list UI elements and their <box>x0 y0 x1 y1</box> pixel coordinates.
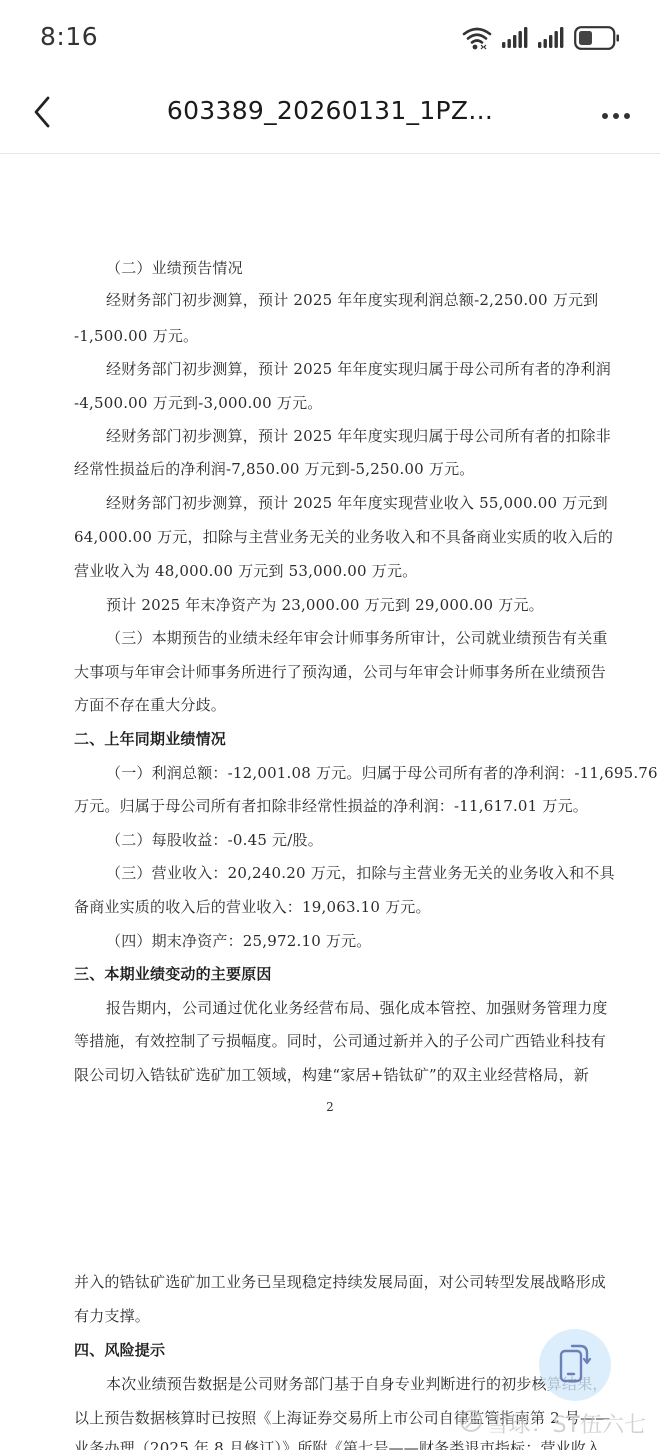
title-bar: 603389_20260131_1PZ... <box>0 76 660 154</box>
ellipsis-icon <box>601 105 631 124</box>
section-heading: 四、风险提示 <box>74 1340 594 1360</box>
paragraph-line: 业务办理（2025 年 8 月修订）》所附《第七号——财务类退市指标：营业收入 <box>74 1438 594 1450</box>
battery-icon <box>574 26 620 50</box>
document-title: 603389_20260131_1PZ... <box>0 96 660 125</box>
paragraph-line: 经财务部门初步测算，预计 2025 年年度实现利润总额-2,250.00 万元到 <box>106 290 626 310</box>
paragraph-line: （四）期末净资产：25,972.10 万元。 <box>106 931 626 951</box>
paragraph-line: （二）每股收益：-0.45 元/股。 <box>106 830 626 850</box>
page-number: 2 <box>0 1100 660 1114</box>
status-icons <box>462 24 620 52</box>
paragraph-line: 万元。归属于母公司所有者扣除非经常性损益的净利润：-11,617.01 万元。 <box>74 796 594 816</box>
paragraph-line: 报告期内，公司通过优化业务经营布局、强化成本管控、加强财务管理力度 <box>106 998 626 1018</box>
paragraph-line: 经财务部门初步测算，预计 2025 年年度实现营业收入 55,000.00 万元… <box>106 493 626 513</box>
paragraph-line: 有力支撑。 <box>74 1306 594 1326</box>
paragraph-line: -1,500.00 万元。 <box>74 326 594 346</box>
watermark-text: 雪球：ST伍六七 <box>487 1408 646 1439</box>
snowball-logo-icon <box>459 1409 483 1439</box>
section-subheading: （二）业绩预告情况 <box>106 258 626 278</box>
paragraph-line: 限公司切入锆钛矿选矿加工领域，构建“家居+锆钛矿”的双主业经营格局，新 <box>74 1065 594 1085</box>
paragraph-line: （一）利润总额：-12,001.08 万元。归属于母公司所有者的净利润：-11,… <box>106 763 626 783</box>
section-heading: 三、本期业绩变动的主要原因 <box>74 964 594 984</box>
paragraph-line: 并入的锆钛矿选矿加工业务已呈现稳定持续发展局面，对公司转型发展战略形成 <box>74 1272 594 1292</box>
watermark: 雪球：ST伍六七 <box>459 1408 646 1439</box>
paragraph-line: 预计 2025 年末净资产为 23,000.00 万元到 29,000.00 万… <box>106 595 626 615</box>
paragraph-line: 营业收入为 48,000.00 万元到 53,000.00 万元。 <box>74 561 594 581</box>
paragraph-line: 方面不存在重大分歧。 <box>74 695 594 715</box>
wifi-icon <box>462 26 492 50</box>
paragraph-line: 经财务部门初步测算，预计 2025 年年度实现归属于母公司所有者的扣除非 <box>106 426 626 446</box>
paragraph-line: 经常性损益后的净利润-7,850.00 万元到-5,250.00 万元。 <box>74 459 594 479</box>
section-heading: 二、上年同期业绩情况 <box>74 729 594 749</box>
rotate-screen-button[interactable] <box>539 1329 611 1401</box>
paragraph-line: 经财务部门初步测算，预计 2025 年年度实现归属于母公司所有者的净利润 <box>106 359 626 379</box>
signal-icon <box>502 27 528 49</box>
rotate-screen-icon <box>558 1342 592 1388</box>
paragraph-line: 备商业实质的收入后的营业收入：19,063.10 万元。 <box>74 897 594 917</box>
status-bar: 8:16 <box>0 0 660 76</box>
paragraph-line: -4,500.00 万元到-3,000.00 万元。 <box>74 393 594 413</box>
paragraph-line: 大事项与年审会计师事务所进行了预沟通，公司与年审会计师事务所在业绩预告 <box>74 662 594 682</box>
status-time: 8:16 <box>40 22 98 51</box>
document-viewer[interactable]: （二）业绩预告情况 经财务部门初步测算，预计 2025 年年度实现利润总额-2,… <box>0 155 660 1450</box>
paragraph-line: 等措施，有效控制了亏损幅度。同时，公司通过新并入的子公司广西锆业科技有 <box>74 1031 594 1051</box>
paragraph-line: 64,000.00 万元，扣除与主营业务无关的业务收入和不具备商业实质的收入后的 <box>74 527 594 547</box>
signal-icon <box>538 27 564 49</box>
paragraph-line: （三）本期预告的业绩未经年审会计师事务所审计，公司就业绩预告有关重 <box>106 628 626 648</box>
paragraph-line: （三）营业收入：20,240.20 万元，扣除与主营业务无关的业务收入和不具 <box>106 863 626 883</box>
more-options-button[interactable] <box>594 94 638 134</box>
